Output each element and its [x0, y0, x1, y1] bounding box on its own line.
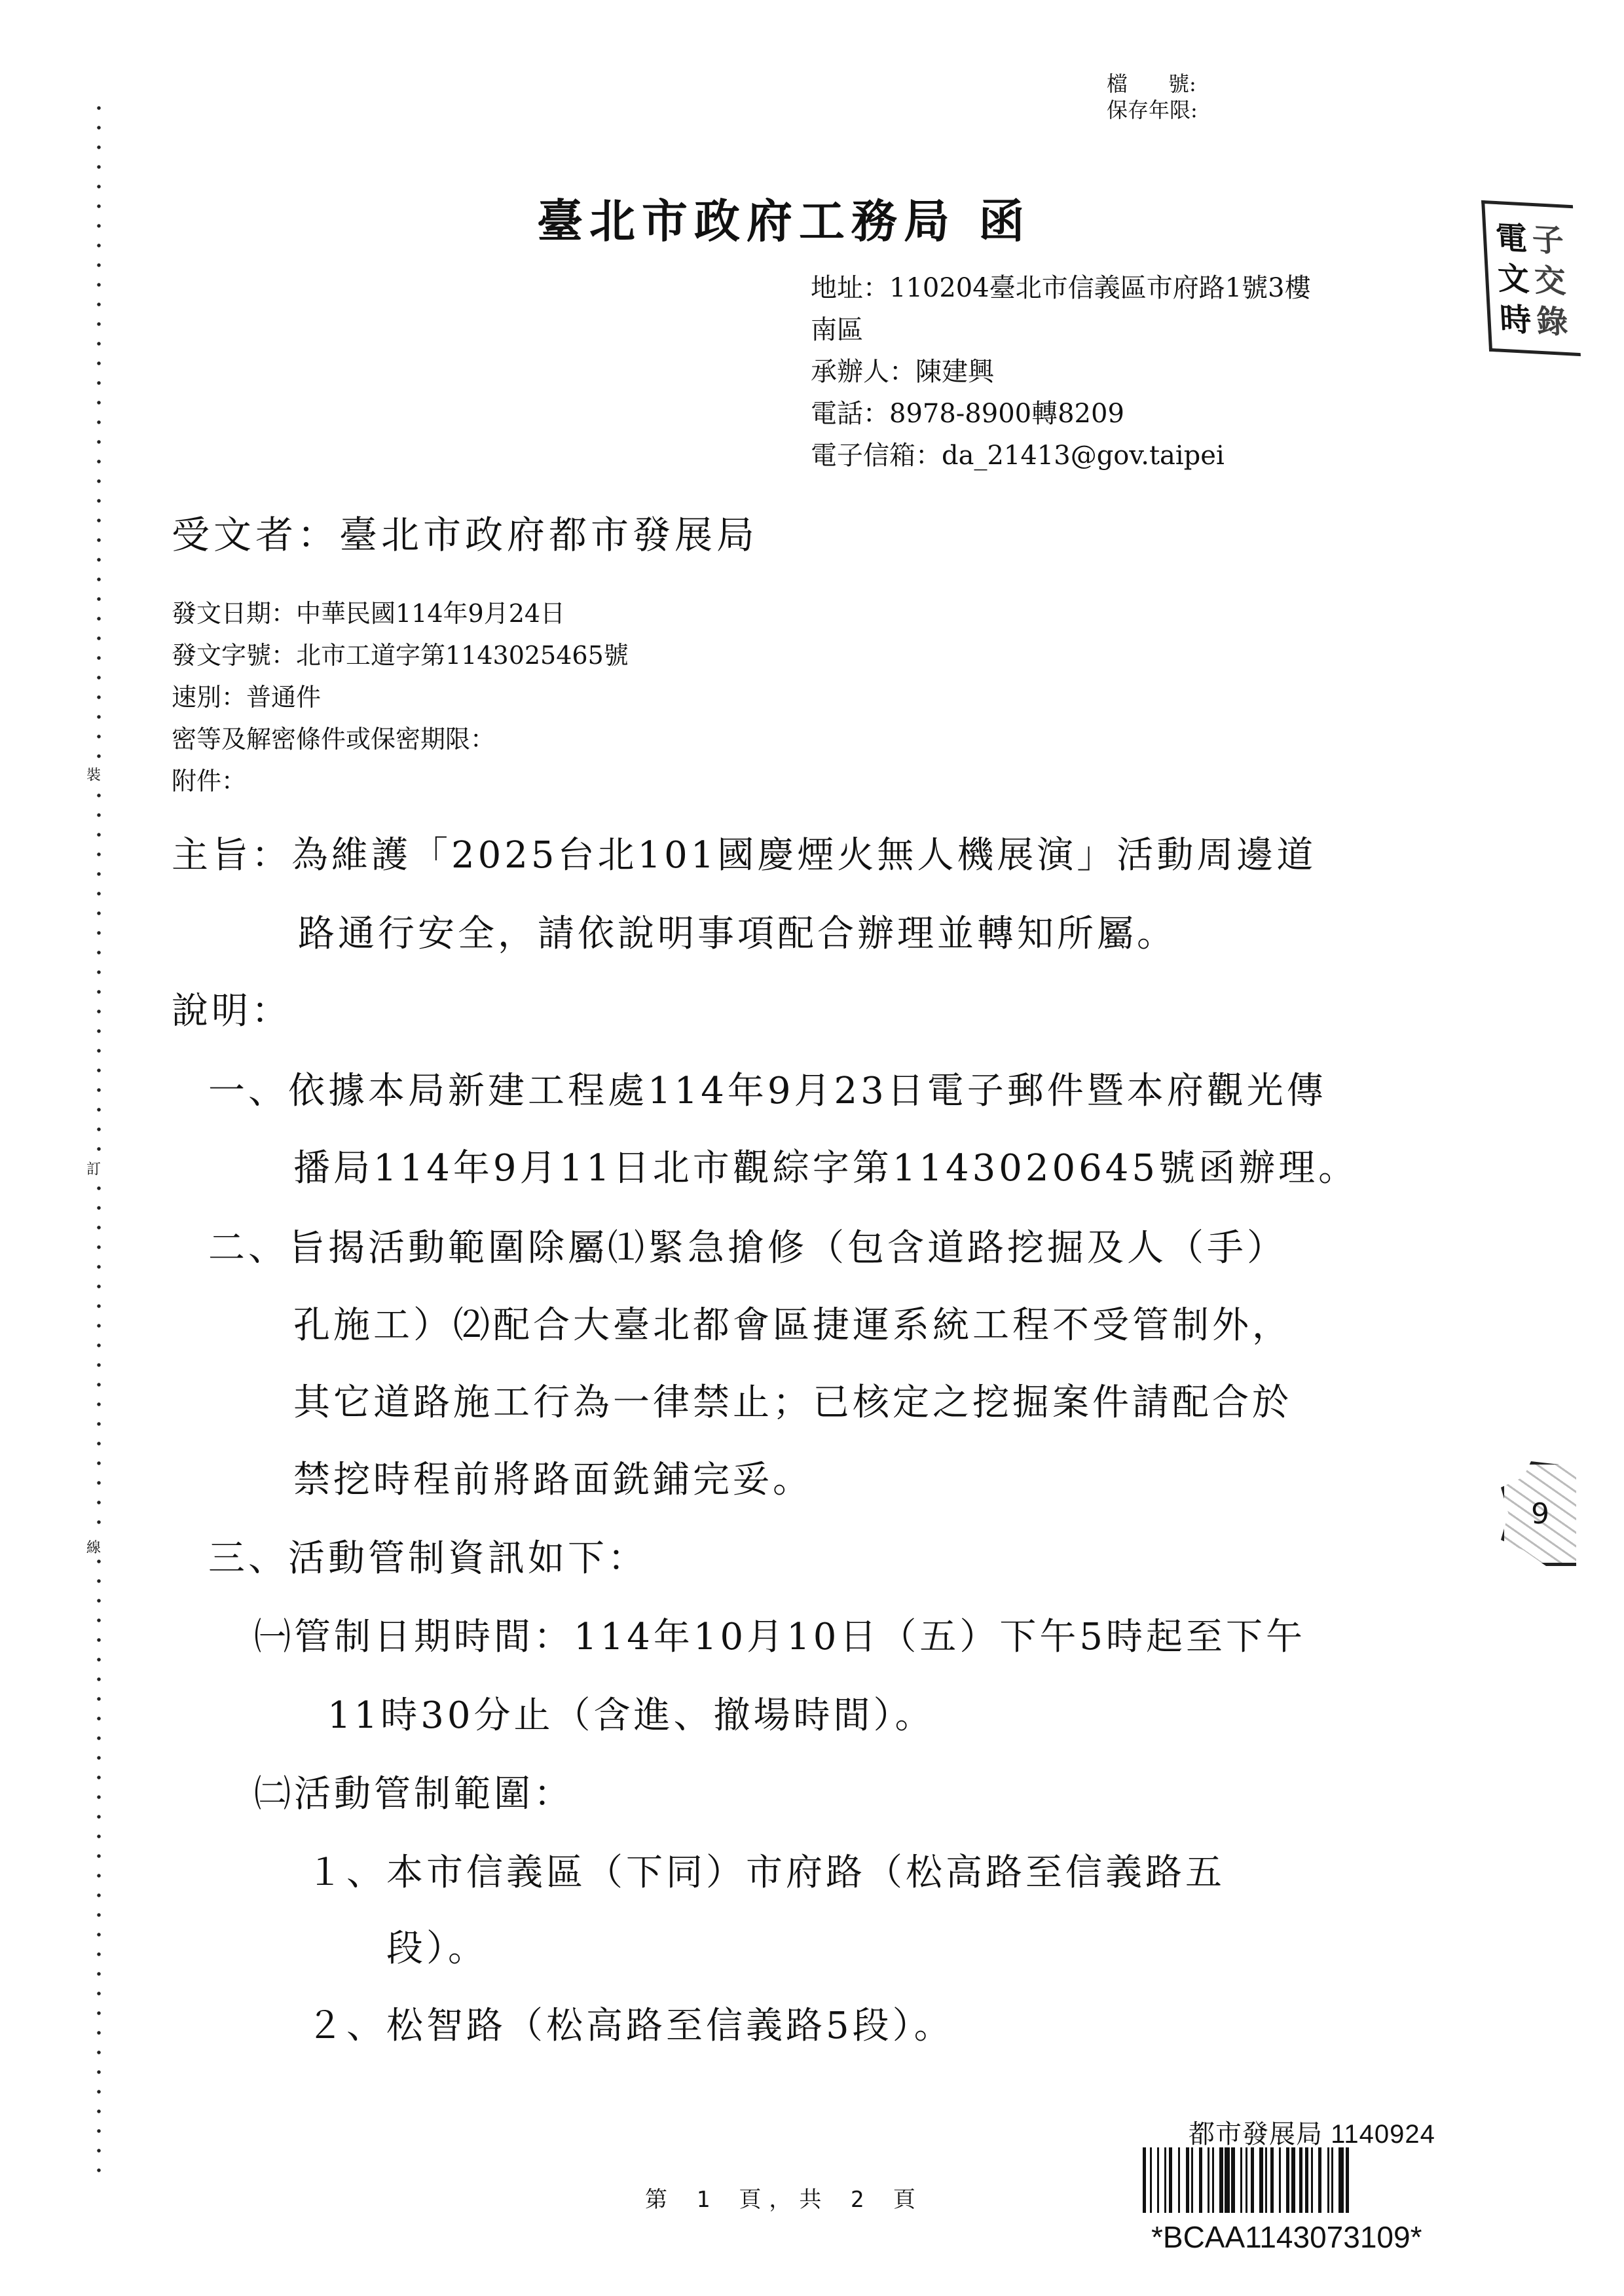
- sender-info: 地址：110204臺北市信義區市府路1號3樓 南區 承辦人：陳建興 電話：897…: [811, 267, 1466, 477]
- file-number-row: 檔 號:: [1107, 71, 1198, 97]
- file-number-label-a: 檔: [1107, 71, 1168, 97]
- document-meta: 發文日期：中華民國114年9月24日 發文字號：北市工道字第1143025465…: [172, 592, 629, 802]
- stamp-char: 時: [1499, 299, 1532, 341]
- contact-phone: 電話：8978-8900轉8209: [811, 393, 1466, 435]
- contact-email: 電子信箱：da_21413@gov.taipei: [811, 435, 1466, 477]
- control-time-line-2: 11時30分止（含進、撤場時間）。: [327, 1686, 935, 1739]
- binding-label-xian: 線: [86, 1537, 101, 1559]
- page-seal-number: 9: [1531, 1497, 1549, 1531]
- barcode-number: *BCAA1143073109*: [1151, 2219, 1422, 2255]
- explanation-item-1-line-1: 一、依據本局新建工程處114年9月23日電子郵件暨本府觀光傳: [208, 1062, 1327, 1114]
- explanation-item-3-heading: 三、活動管制資訊如下：: [208, 1529, 648, 1582]
- subject-line-1: 主旨：為維護「2025台北101國慶煙火無人機展演」活動周邊道: [172, 826, 1316, 879]
- issue-date: 發文日期：中華民國114年9月24日: [172, 592, 629, 634]
- binding-label-zhuang: 裝: [86, 765, 101, 787]
- explanation-item-2-line-3: 其它道路施工行為一律禁止；已核定之挖掘案件請配合於: [293, 1374, 1292, 1426]
- delivery-speed: 速別：普通件: [172, 676, 629, 718]
- control-area-entry-2: ２、松智路（松高路至信義路5段）。: [306, 1997, 954, 2049]
- control-time-line-1: ㈠管制日期時間：114年10月10日（五）下午5時起至下午: [254, 1608, 1306, 1660]
- explanation-item-1-line-2: 播局114年9月11日北市觀綜字第1143020645號函辦理。: [293, 1139, 1358, 1192]
- explanation-item-2-line-2: 孔施工）⑵配合大臺北都會區捷運系統工程不受管制外，: [293, 1296, 1292, 1349]
- recipient: 受文者：臺北市政府都市發展局: [172, 504, 758, 559]
- stamp-char: 子: [1531, 219, 1564, 262]
- sender-address-cont: 南區: [811, 309, 1466, 351]
- binding-margin-dotted-line: [97, 98, 101, 2180]
- stamp-char: 交: [1534, 260, 1567, 302]
- document-title: 臺北市政府工務局 函: [537, 185, 1031, 251]
- receipt-stamp: 電 文 時 子 交 錄: [1481, 200, 1581, 356]
- control-area-entry-1-line-2: 段）。: [386, 1920, 488, 1972]
- receipt-stamp-col1: 電 文 時: [1494, 217, 1532, 350]
- barcode-image: [1143, 2147, 1356, 2213]
- stamp-char: 錄: [1536, 301, 1569, 343]
- binding-label-ding: 訂: [86, 1159, 101, 1181]
- barcode-label: 都市發展局 1140924: [1189, 2113, 1435, 2151]
- attachments: 附件：: [172, 760, 629, 802]
- secrecy-level: 密等及解密條件或保密期限：: [172, 718, 629, 760]
- explanation-item-2-line-4: 禁挖時程前將路面銑鋪完妥。: [293, 1451, 813, 1503]
- retention-period-label: 保存年限:: [1107, 97, 1198, 123]
- page-seal-stamp: 9: [1501, 1461, 1576, 1566]
- control-area-entry-1-line-1: １、本市信義區（下同）市府路（松高路至信義路五: [306, 1844, 1225, 1896]
- explanation-heading: 說明：: [172, 982, 291, 1034]
- file-meta: 檔 號: 保存年限:: [1107, 71, 1198, 123]
- file-number-label-b: 號:: [1168, 71, 1196, 97]
- document-number: 發文字號：北市工道字第1143025465號: [172, 634, 629, 676]
- page-indicator: 第 1 頁，共 2 頁: [645, 2181, 923, 2214]
- sender-address: 地址：110204臺北市信義區市府路1號3樓: [811, 267, 1466, 309]
- explanation-item-2-line-1: 二、旨揭活動範圍除屬⑴緊急搶修（包含道路挖掘及人（手）: [208, 1219, 1287, 1271]
- receipt-stamp-col2: 子 交 錄: [1531, 219, 1569, 352]
- subject-line-2: 路通行安全，請依說明事項配合辦理並轉知所屬。: [298, 905, 1177, 957]
- contact-person: 承辦人：陳建興: [811, 351, 1466, 393]
- control-area-heading: ㈡活動管制範圍：: [254, 1765, 574, 1817]
- stamp-char: 電: [1494, 217, 1528, 260]
- stamp-char: 文: [1497, 258, 1530, 301]
